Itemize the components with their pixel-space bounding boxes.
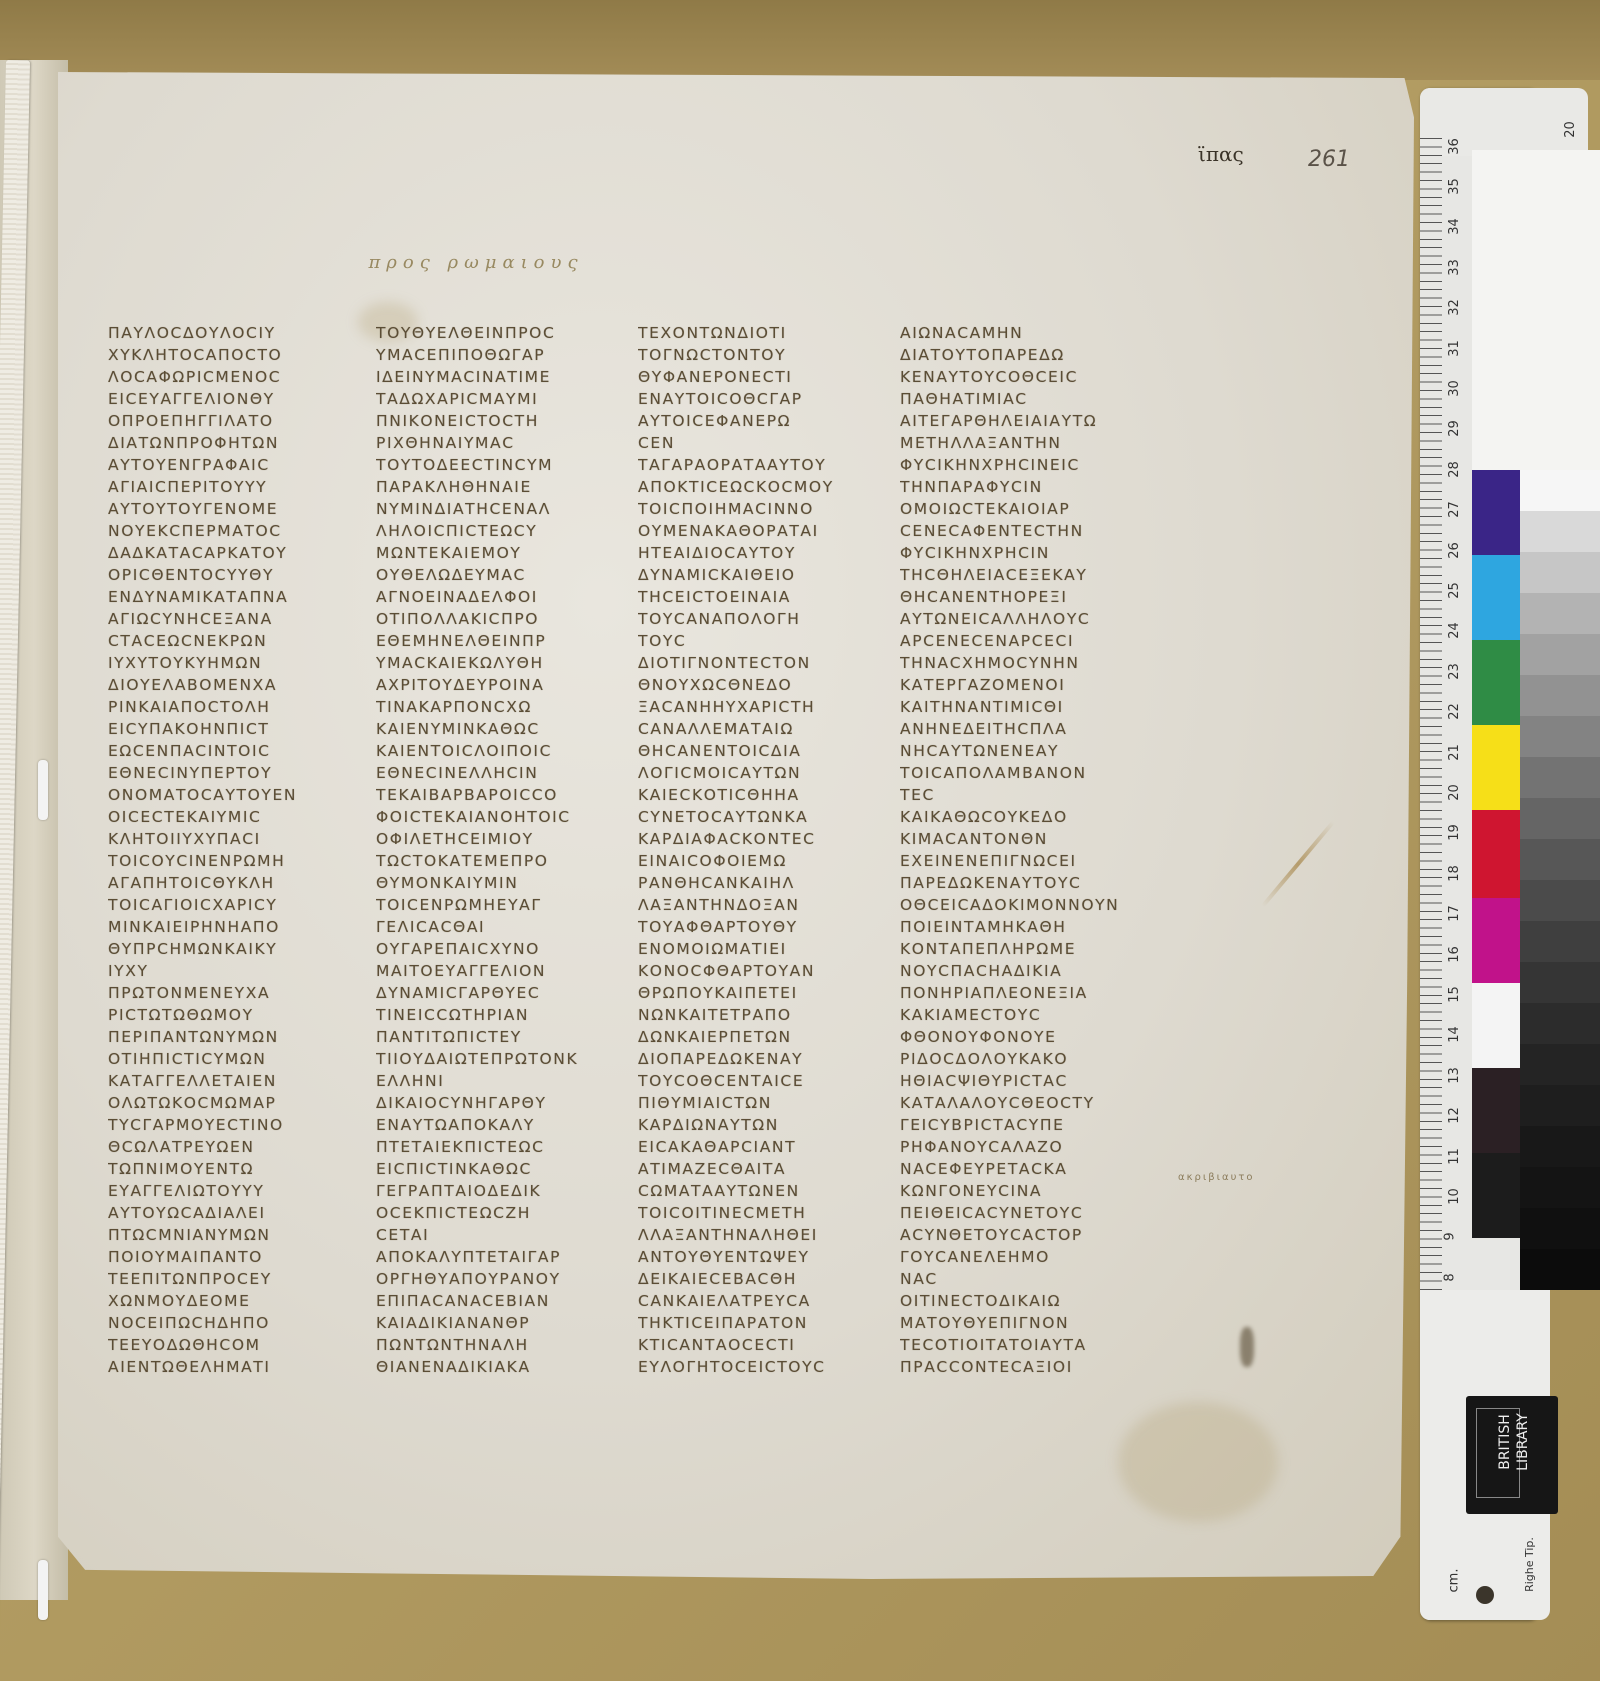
manuscript-line: ΔΙΟΠΑΡΕΔΩΚΕΝΑΥ [638,1048,870,1070]
manuscript-line: ΔΙΑΤΩΝΠΡΟΦΗΤΩΝ [108,432,340,454]
manuscript-line: ΚΑΙΑΔΙΚΙΑΝΑΝΘΡ [376,1312,608,1334]
gray-patch [1520,511,1600,552]
manuscript-leaf: προς ρωμαιους ϊπας 261 ΠΑΥΛΟϹΔΟΥΛΟϹΙΥΧΥΚ… [58,72,1414,1582]
ink-blot [1240,1327,1254,1367]
manuscript-line: ΟΙϹΕϹΤΕΚΑΙΥΜΙϹ [108,806,340,828]
manuscript-line: ϹΑΝΚΑΙΕΛΑΤΡΕΥϹΑ [638,1290,870,1312]
manuscript-line: ΚΑΙΕΝΤΟΙϹΛΟΙΠΟΙϹ [376,740,608,762]
manuscript-line: ΠΟΝΗΡΙΑΠΛΕΟΝΕΞΙΑ [900,982,1132,1004]
gray-patch [1520,757,1600,798]
manuscript-line: ΛΗΛΟΙϹΠΙϹΤΕΩϹΥ [376,520,608,542]
cm-tick-label: 20 [1447,784,1462,801]
cm-tick-label: 29 [1447,421,1462,438]
logo-text: BRITISH LIBRARY [1496,1402,1532,1482]
manuscript-line: ΚΑΤΑΓΓΕΛΛΕΤΑΙΕΝ [108,1070,340,1092]
manuscript-line: ΜΑΙΤΟΕΥΑΓΓΕΛΙΟΝ [376,960,608,982]
manuscript-line: ΚΕΝΑΥΤΟΥϹΟΘϹΕΙϹ [900,366,1132,388]
text-column-1: ΠΑΥΛΟϹΔΟΥΛΟϹΙΥΧΥΚΛΗΤΟϹΑΠΟϹΤΟΛΟϹΑΦΩΡΙϹΜΕΝ… [108,322,340,1378]
text-column-4: ΑΙΩΝΑϹΑΜΗΝΔΙΑΤΟΥΤΟΠΑΡΕΔΩΚΕΝΑΥΤΟΥϹΟΘϹΕΙϹΠ… [900,322,1132,1378]
gray-patch [1520,1167,1600,1208]
manuscript-line: ΡΑΝΘΗϹΑΝΚΑΙΗΛ [638,872,870,894]
ruler-top: 20 [1420,88,1588,156]
manuscript-line: ϹΕΝ [638,432,870,454]
british-library-logo: BRITISH LIBRARY [1466,1396,1558,1514]
manuscript-line: ΚΑΙΤΗΝΑΝΤΙΜΙϹΘΙ [900,696,1132,718]
cm-tick-label: 16 [1447,946,1462,963]
manuscript-line: ΘΥΠΡϹΗΜΩΝΚΑΙΚΥ [108,938,340,960]
manuscript-line: ΤΟΙϹΑΠΟΛΑΜΒΑΝΟΝ [900,762,1132,784]
manuscript-line: ΑΓΙΑΙϹΠΕΡΙΤΟΥΥΥ [108,476,340,498]
manuscript-line: ΠΑΡΕΔΩΚΕΝΑΥΤΟΥϹ [900,872,1132,894]
manuscript-line: ΠΑΝΤΙΤΩΠΙϹΤΕΥ [376,1026,608,1048]
manuscript-line: ΘΗϹΑΝΕΝΤΗΟΡΕΞΙ [900,586,1132,608]
manuscript-line: ΤΟΓΝΩϹΤΟΝΤΟΥ [638,344,870,366]
manuscript-line: ΕΥΛΟΓΗΤΟϹΕΙϹΤΟΥϹ [638,1356,870,1378]
manuscript-line: ΜΑΤΟΥΘΥΕΠΙΓΝΟΝ [900,1312,1132,1334]
crease-mark [1261,821,1335,908]
cm-tick-label: 30 [1447,380,1462,397]
manuscript-line: ΛΟΓΙϹΜΟΙϹΑΥΤΩΝ [638,762,870,784]
manuscript-line: ΕΝΔΥΝΑΜΙΚΑΤΑΠΝΑ [108,586,340,608]
righe-label: Righe Tip. [1523,1537,1536,1592]
manuscript-line: ΜΩΝΤΕΚΑΙΕΜΟΥ [376,542,608,564]
manuscript-line: ΤΗΚΤΙϹΕΙΠΑΡΑΤΟΝ [638,1312,870,1334]
manuscript-line: ΛΛΑΞΑΝΤΗΝΑΛΗΘΕΙ [638,1224,870,1246]
manuscript-line: ΑΠΟΚΑΛΥΠΤΕΤΑΙΓΑΡ [376,1246,608,1268]
manuscript-line: ΑΙΩΝΑϹΑΜΗΝ [900,322,1132,344]
cm-tick-label: 12 [1447,1107,1462,1124]
manuscript-line: ΠΑΡΑΚΛΗΘΗΝΑΙΕ [376,476,608,498]
gray-patch [1520,921,1600,962]
manuscript-line: ΚΑΙΚΑΘΩϹΟΥΚΕΔΟ [900,806,1132,828]
manuscript-line: ΤΙΝΑΚΑΡΠΟΝϹΧΩ [376,696,608,718]
text-column-2: ΤΟΥΘΥΕΛΘΕΙΝΠΡΟϹΥΜΑϹΕΠΙΠΟΘΩΓΑΡΙΔΕΙΝΥΜΑϹΙΝ… [376,322,608,1378]
manuscript-line: ΘΙΑΝΕΝΑΔΙΚΙΑΚΑ [376,1356,608,1378]
manuscript-line: ΡΙϹΤΩΤΩΘΩΜΟΥ [108,1004,340,1026]
manuscript-line: ΝΟϹΕΙΠΩϹΗΔΗΠΟ [108,1312,340,1334]
manuscript-line: ΦΟΙϹΤΕΚΑΙΑΝΟΗΤΟΙϹ [376,806,608,828]
manuscript-line: ΠΕΙΘΕΙϹΑϹΥΝΕΤΟΥϹ [900,1202,1132,1224]
manuscript-line: ΕΠΙΠΑϹΑΝΑϹΕΒΙΑΝ [376,1290,608,1312]
manuscript-line: ΕΛΛΗΝΙ [376,1070,608,1092]
manuscript-line: ΟΙΤΙΝΕϹΤΟΔΙΚΑΙΩ [900,1290,1132,1312]
manuscript-line: ΔΙΑΤΟΥΤΟΠΑΡΕΔΩ [900,344,1132,366]
gray-patch [1520,593,1600,634]
manuscript-line: ΟΝΟΜΑΤΟϹΑΥΤΟΥΕΝ [108,784,340,806]
manuscript-line: ϹΩΜΑΤΑΑΥΤΩΝΕΝ [638,1180,870,1202]
logo-line-library: LIBRARY [1514,1402,1532,1482]
binding-strap [0,60,30,1680]
manuscript-line: ΘΝΟΥΧΩϹΘΝΕΔΟ [638,674,870,696]
manuscript-line: ϹΕΝΕϹΑΦΕΝΤΕϹΤΗΝ [900,520,1132,542]
manuscript-line: ΤΗΝΑϹΧΗΜΟϹΥΝΗΝ [900,652,1132,674]
cm-tick-label: 9 [1443,1233,1458,1241]
manuscript-line: ΡΙΔΟϹΔΟΛΟΥΚΑΚΟ [900,1048,1132,1070]
gray-patch [1520,675,1600,716]
manuscript-line: ΕΥΑΓΓΕΛΙΩΤΟΥΥΥ [108,1180,340,1202]
manuscript-line: ΜΙΝΚΑΙΕΙΡΗΝΗΑΠΟ [108,916,340,938]
cm-tick-label: 15 [1447,986,1462,1003]
manuscript-line: ΝΟΥΕΚϹΠΕΡΜΑΤΟϹ [108,520,340,542]
manuscript-line: ΑΝΗΝΕΔΕΙΤΗϹΠΛΑ [900,718,1132,740]
manuscript-line: ΑΓΙΩϹΥΝΗϹΕΞΑΝΑ [108,608,340,630]
manuscript-line: ΟΤΙΗΠΙϹΤΙϹΥΜΩΝ [108,1048,340,1070]
manuscript-line: ΠΑΥΛΟϹΔΟΥΛΟϹΙΥ [108,322,340,344]
manuscript-line: ΤΕϹΟΤΙΟΙΤΑΤΟΙΑΥΤΑ [900,1334,1132,1356]
manuscript-line: ΠΤΩϹΜΝΙΑΝΥΜΩΝ [108,1224,340,1246]
manuscript-line: ΕΝΑΥΤΟΙϹΟΘϹΓΑΡ [638,388,870,410]
manuscript-line: ϹΤΑϹΕΩϹΝΕΚΡΩΝ [108,630,340,652]
manuscript-line: ΔΙΟΥΕΛΑΒΟΜΕΝΧΑ [108,674,340,696]
manuscript-line: ΤΑΔΩΧΑΡΙϹΜΑΥΜΙ [376,388,608,410]
folio-number: 261 [1308,147,1350,172]
cm-tick-label: 13 [1447,1067,1462,1084]
manuscript-line: ΤΟΥΘΥΕΛΘΕΙΝΠΡΟϹ [376,322,608,344]
logo-line-british: BRITISH [1496,1402,1514,1482]
manuscript-line: ΟΥΓΑΡΕΠΑΙϹΧΥΝΟ [376,938,608,960]
manuscript-line: ΟΡΓΗΘΥΑΠΟΥΡΑΝΟΥ [376,1268,608,1290]
manuscript-line: ΧΩΝΜΟΥΔΕΟΜΕ [108,1290,340,1312]
grayscale-strip [1520,470,1600,1290]
manuscript-line: ΔΙΚΑΙΟϹΥΝΗΓΑΡΘΥ [376,1092,608,1114]
manuscript-line: ΟϹΕΚΠΙϹΤΕΩϹΖΗ [376,1202,608,1224]
gray-patch [1520,716,1600,757]
manuscript-line: ΔΥΝΑΜΙϹΚΑΙΘΕΙΟ [638,564,870,586]
manuscript-line: ΕΝΑΥΤΩΑΠΟΚΑΛΥ [376,1114,608,1136]
manuscript-line: ϹΥΝΕΤΟϹΑΥΤΩΝΚΑ [638,806,870,828]
cm-tick-label: 19 [1447,825,1462,842]
running-title: προς ρωμαιους [368,252,583,273]
manuscript-line: ΚΑΤΕΡΓΑΖΟΜΕΝΟΙ [900,674,1132,696]
manuscript-line: ΑΥΤΟΥΩϹΑΔΙΑΛΕΙ [108,1202,340,1224]
manuscript-line: ΚΤΙϹΑΝΤΑΟϹΕϹΤΙ [638,1334,870,1356]
manuscript-line: ΤΥϹΓΑΡΜΟΥΕϹΤΙΝΟ [108,1114,340,1136]
manuscript-line: ΝΟΥϹΠΑϹΗΑΔΙΚΙΑ [900,960,1132,982]
manuscript-line: ΚΑΡΔΙΑΦΑϹΚΟΝΤΕϹ [638,828,870,850]
manuscript-line: ΤΗϹΘΗΛΕΙΑϹΕΞΕΚΑΥ [900,564,1132,586]
manuscript-line: ΚΛΗΤΟΙΙΥΧΥΠΑϹΙ [108,828,340,850]
manuscript-line: ΦΥϹΙΚΗΝΧΡΗϹΙΝΕΙϹ [900,454,1132,476]
manuscript-line: ΠΝΙΚΟΝΕΙϹΤΟϹΤΗ [376,410,608,432]
gray-patch [1520,1003,1600,1044]
manuscript-line: ΤΕΕΥΟΔΩΘΗϹΟΜ [108,1334,340,1356]
manuscript-line: ΔΕΙΚΑΙΕϹΕΒΑϹΘΗ [638,1268,870,1290]
manuscript-line: ΘΥΦΑΝΕΡΟΝΕϹΤΙ [638,366,870,388]
manuscript-line: ΔΩΝΚΑΙΕΡΠΕΤΩΝ [638,1026,870,1048]
manuscript-line: ΡΙΧΘΗΝΑΙΥΜΑϹ [376,432,608,454]
manuscript-line: ΕΙϹΑΚΑΘΑΡϹΙΑΝΤ [638,1136,870,1158]
manuscript-line: ΠΙΘΥΜΙΑΙϹΤΩΝ [638,1092,870,1114]
manuscript-line: ΦΥϹΙΚΗΝΧΡΗϹΙΝ [900,542,1132,564]
manuscript-line: ΕΝΟΜΟΙΩΜΑΤΙΕΙ [638,938,870,960]
manuscript-line: ΚΟΝΤΑΠΕΠΛΗΡΩΜΕ [900,938,1132,960]
backdrop-top [0,0,1600,80]
manuscript-line: ΕΙΝΑΙϹΟΦΟΙΕΜΩ [638,850,870,872]
manuscript-line: ΕΙϹΥΠΑΚΟΗΝΠΙϹΤ [108,718,340,740]
cm-tick-label: 34 [1447,219,1462,236]
manuscript-line: ΤΩϹΤΟΚΑΤΕΜΕΠΡΟ [376,850,608,872]
gray-patch [1520,1208,1600,1249]
clip-icon [38,760,48,820]
manuscript-line: ΗΘΙΑϹΨΙΘΥΡΙϹΤΑϹ [900,1070,1132,1092]
manuscript-line: ΡΗΦΑΝΟΥϹΑΛΑΖΟ [900,1136,1132,1158]
manuscript-line: ΦΘΟΝΟΥΦΟΝΟΥΕ [900,1026,1132,1048]
manuscript-line: ΠΕΡΙΠΑΝΤΩΝΥΜΩΝ [108,1026,340,1048]
ruler-top-label: 20 [1563,121,1578,138]
manuscript-line: ΕΩϹΕΝΠΑϹΙΝΤΟΙϹ [108,740,340,762]
manuscript-line: ΟΛΩΤΩΚΟϹΜΩΜΑΡ [108,1092,340,1114]
gray-patch [1520,962,1600,1003]
manuscript-line: ΤΟΙϹΟΙΤΙΝΕϹΜΕΤΗ [638,1202,870,1224]
manuscript-line: ΚΑΙΕΝΥΜΙΝΚΑΘΩϹ [376,718,608,740]
manuscript-line: ΤΟΥϹ [638,630,870,652]
manuscript-line: ΟΜΟΙΩϹΤΕΚΑΙΟΙΑΡ [900,498,1132,520]
manuscript-line: ΑΙΕΝΤΩΘΕΛΗΜΑΤΙ [108,1356,340,1378]
manuscript-line: ΕΙϹΠΙϹΤΙΝΚΑΘΩϹ [376,1158,608,1180]
manuscript-line: ΥΜΑϹΚΑΙΕΚΩΛΥΘΗ [376,652,608,674]
manuscript-line: ΛΟϹΑΦΩΡΙϹΜΕΝΟϹ [108,366,340,388]
cm-tick-label: 32 [1447,299,1462,316]
manuscript-line: ΔΥΝΑΜΙϹΓΑΡΘΥΕϹ [376,982,608,1004]
manuscript-line: ϹΕΤΑΙ [376,1224,608,1246]
cm-tick-label: 14 [1447,1027,1462,1044]
cm-tick-label: 36 [1447,138,1462,155]
manuscript-line: ΑΥΤΟΥΤΟΥΓΕΝΟΜΕ [108,498,340,520]
manuscript-line: ΗΤΕΑΙΔΙΟϹΑΥΤΟΥ [638,542,870,564]
manuscript-line: ΔΑΔΚΑΤΑϹΑΡΚΑΤΟΥ [108,542,340,564]
manuscript-line: ΤΟΥϹΑΝΑΠΟΛΟΓΗ [638,608,870,630]
gray-patch [1520,880,1600,921]
manuscript-line: ΑΧΡΙΤΟΥΔΕΥΡΟΙΝΑ [376,674,608,696]
cm-tick-label: 22 [1447,703,1462,720]
quire-mark: ϊπας [1198,142,1244,166]
manuscript-line: ϹΑΝΑΛΛΕΜΑΤΑΙΩ [638,718,870,740]
manuscript-line: ΤΟΥΑΦΘΑΡΤΟΥΘΥ [638,916,870,938]
manuscript-line: ΞΑϹΑΝΗΗΥΧΑΡΙϹΤΗ [638,696,870,718]
manuscript-line: ΑΝΤΟΥΘΥΕΝΤΩΨΕΥ [638,1246,870,1268]
cm-tick-label: 35 [1447,178,1462,195]
manuscript-line: ΝΑϹΕΦΕΥΡΕΤΑϹΚΑ [900,1158,1132,1180]
manuscript-line: ΤΕΧΟΝΤΩΝΔΙΟΤΙ [638,322,870,344]
cm-unit-label: cm. [1446,1569,1461,1593]
manuscript-line: ΓΕΙϹΥΒΡΙϹΤΑϹΥΠΕ [900,1114,1132,1136]
manuscript-line: ΑΥΤΩΝΕΙϹΑΛΛΗΛΟΥϹ [900,608,1132,630]
cm-tick-label: 33 [1447,259,1462,276]
manuscript-line: ΤΙΝΕΙϹϹΩΤΗΡΙΑΝ [376,1004,608,1026]
manuscript-line: ΚΩΝΓΟΝΕΥϹΙΝΑ [900,1180,1132,1202]
manuscript-line: ΙΔΕΙΝΥΜΑϹΙΝΑΤΙΜΕ [376,366,608,388]
manuscript-line: ΤΟΙϹΟΥϹΙΝΕΝΡΩΜΗ [108,850,340,872]
manuscript-line: ΠΩΝΤΩΝΤΗΝΑΛΗ [376,1334,608,1356]
manuscript-line: ΙΥΧΥ [108,960,340,982]
manuscript-line: ΠΤΕΤΑΙΕΚΠΙϹΤΕΩϹ [376,1136,608,1158]
manuscript-line: ΝΑϹ [900,1268,1132,1290]
cm-tick-label: 31 [1447,340,1462,357]
manuscript-line: ΓΟΥϹΑΝΕΛΕΗΜΟ [900,1246,1132,1268]
manuscript-line: ΤΕϹ [900,784,1132,806]
gray-patch [1520,470,1600,511]
manuscript-line: ΤΟΙϹΑΓΙΟΙϹΧΑΡΙϹΥ [108,894,340,916]
manuscript-line: ΟΥΜΕΝΑΚΑΘΟΡΑΤΑΙ [638,520,870,542]
manuscript-line: ΤΟΙϹΕΝΡΩΜΗΕΥΑΓ [376,894,608,916]
manuscript-line: ΑΡϹΕΝΕϹΕΝΑΡϹΕϹΙ [900,630,1132,652]
manuscript-line: ΝΥΜΙΝΔΙΑΤΗϹΕΝΑΛ [376,498,608,520]
page-header: προς ρωμαιους [58,252,1414,273]
manuscript-line: ΕΘΝΕϹΙΝΥΠΕΡΤΟΥ [108,762,340,784]
manuscript-line: ΤΕΕΠΙΤΩΝΠΡΟϹΕΥ [108,1268,340,1290]
manuscript-line: ΕΘΝΕϹΙΝΕΛΛΗϹΙΝ [376,762,608,784]
manuscript-line: ΑΙΤΕΓΑΡΘΗΛΕΙΑΙΑΥΤΩ [900,410,1132,432]
margin-note: ακριβιαυτο [1178,1172,1255,1183]
gray-patch [1520,1126,1600,1167]
manuscript-line: ΤΑΓΑΡΑΟΡΑΤΑΑΥΤΟΥ [638,454,870,476]
manuscript-line: ΤΟΙϹΠΟΙΗΜΑϹΙΝΝΟ [638,498,870,520]
text-column-3: ΤΕΧΟΝΤΩΝΔΙΟΤΙΤΟΓΝΩϹΤΟΝΤΟΥΘΥΦΑΝΕΡΟΝΕϹΤΙΕΝ… [638,322,870,1378]
gray-patch [1520,839,1600,880]
manuscript-line: ΚΑΡΔΙΩΝΑΥΤΩΝ [638,1114,870,1136]
cm-tick-label: 21 [1447,744,1462,761]
manuscript-line: ΟΠΡΟΕΠΗΓΓΙΛΑΤΟ [108,410,340,432]
manuscript-line: ΤΟΥΤΟΔΕΕϹΤΙΝϹΥΜ [376,454,608,476]
cm-tick-label: 25 [1447,582,1462,599]
manuscript-line: ΚΑΙΕϹΚΟΤΙϹΘΗΗΑ [638,784,870,806]
manuscript-line: ΓΕΓΡΑΠΤΑΙΟΔΕΔΙΚ [376,1180,608,1202]
manuscript-line: ΓΕΛΙϹΑϹΘΑΙ [376,916,608,938]
manuscript-line: ΧΥΚΛΗΤΟϹΑΠΟϹΤΟ [108,344,340,366]
cm-tick-label: 11 [1447,1148,1462,1165]
cm-tick-label: 24 [1447,623,1462,640]
ruler-hole [1476,1586,1494,1604]
manuscript-line: ΠΟΙΕΙΝΤΑΜΗΚΑΘΗ [900,916,1132,938]
clip-icon [38,1560,48,1620]
manuscript-line: ΑΠΟΚΤΙϹΕΩϹΚΟϹΜΟΥ [638,476,870,498]
manuscript-line: ΠΡΑϹϹΟΝΤΕϹΑΞΙΟΙ [900,1356,1132,1378]
manuscript-line: ΕΧΕΙΝΕΝΕΠΙΓΝΩϹΕΙ [900,850,1132,872]
cm-tick-label: 17 [1447,905,1462,922]
book-binding [0,60,68,1600]
manuscript-line: ΑΥΤΟΥΕΝΓΡΑΦΑΙϹ [108,454,340,476]
manuscript-line: ΛΑΞΑΝΤΗΝΔΟΞΑΝ [638,894,870,916]
manuscript-line: ΚΑΤΑΛΑΛΟΥϹΘΕΟϹΤΥ [900,1092,1132,1114]
manuscript-line: ΙΥΧΥΤΟΥΚΥΗΜΩΝ [108,652,340,674]
manuscript-line: ΤΟΥϹΟΘϹΕΝΤΑΙϹΕ [638,1070,870,1092]
manuscript-line: ΡΙΝΚΑΙΑΠΟϹΤΟΛΗ [108,696,340,718]
manuscript-line: ΥΜΑϹΕΠΙΠΟΘΩΓΑΡ [376,344,608,366]
manuscript-line: ΑΓΝΟΕΙΝΑΔΕΛΦΟΙ [376,586,608,608]
manuscript-line: ΘΥΜΟΝΚΑΙΥΜΙΝ [376,872,608,894]
manuscript-line: ΟΡΙϹΘΕΝΤΟϹΥΥΘΥ [108,564,340,586]
manuscript-line: ΕΙϹΕΥΑΓΓΕΛΙΟΝΘΥ [108,388,340,410]
gray-patch [1520,1085,1600,1126]
manuscript-line: ΘΗϹΑΝΕΝΤΟΙϹΔΙΑ [638,740,870,762]
manuscript-line: ΘΡΩΠΟΥΚΑΙΠΕΤΕΙ [638,982,870,1004]
manuscript-line: ΑΥΤΟΙϹΕΦΑΝΕΡΩ [638,410,870,432]
gray-patch [1520,1249,1600,1290]
gray-patch [1520,1044,1600,1085]
manuscript-line: ΤΙΙΟΥΔΑΙΩΤΕΠΡΩΤΟΝΚ [376,1048,608,1070]
manuscript-line: ΚΑΚΙΑΜΕϹΤΟΥϹ [900,1004,1132,1026]
manuscript-line: ΠΟΙΟΥΜΑΙΠΑΝΤΟ [108,1246,340,1268]
manuscript-line: ΘϹΩΛΑΤΡΕΥΩΕΝ [108,1136,340,1158]
manuscript-line: ΝΗϹΑΥΤΩΝΕΝΕΑΥ [900,740,1132,762]
cm-tick-label: 10 [1447,1188,1462,1205]
manuscript-line: ΟΦΙΛΕΤΗϹΕΙΜΙΟΥ [376,828,608,850]
manuscript-line: ΟΤΙΠΟΛΛΑΚΙϹΠΡΟ [376,608,608,630]
manuscript-line: ΤΗΝΠΑΡΑΦΥϹΙΝ [900,476,1132,498]
manuscript-line: ΚΙΜΑϹΑΝΤΟΝΘΝ [900,828,1132,850]
manuscript-line: ΑΤΙΜΑΖΕϹΘΑΙΤΑ [638,1158,870,1180]
manuscript-line: ΠΡΩΤΟΝΜΕΝΕΥΧΑ [108,982,340,1004]
cm-tick-label: 27 [1447,501,1462,518]
cm-tick-label: 8 [1443,1273,1458,1281]
manuscript-line: ΤΕΚΑΙΒΑΡΒΑΡΟΙϹϹΟ [376,784,608,806]
manuscript-line: ΑϹΥΝΘΕΤΟΥϹΑϹΤΟΡ [900,1224,1132,1246]
manuscript-line: ΟΘϹΕΙϹΑΔΟΚΙΜΟΝΝΟΥΝ [900,894,1132,916]
stain [1118,1402,1278,1522]
manuscript-line: ΤΩΠΝΙΜΟΥΕΝΤΩ [108,1158,340,1180]
manuscript-line: ΠΑΘΗΑΤΙΜΙΑϹ [900,388,1132,410]
cm-tick-label: 28 [1447,461,1462,478]
manuscript-line: ΤΗϹΕΙϹΤΟΕΙΝΑΙΑ [638,586,870,608]
gray-patch [1520,552,1600,593]
manuscript-line: ΑΓΑΠΗΤΟΙϹΘΥΚΛΗ [108,872,340,894]
manuscript-line: ΚΟΝΟϹΦΘΑΡΤΟΥΑΝ [638,960,870,982]
gray-patch [1520,798,1600,839]
cm-tick-label: 18 [1447,865,1462,882]
cm-tick-label: 26 [1447,542,1462,559]
manuscript-line: ΟΥΘΕΛΩΔΕΥΜΑϹ [376,564,608,586]
manuscript-line: ΔΙΟΤΙΓΝΟΝΤΕϹΤΟΝ [638,652,870,674]
manuscript-line: ΝΩΝΚΑΙΤΕΤΡΑΠΟ [638,1004,870,1026]
gray-patch [1520,634,1600,675]
manuscript-line: ΕΘΕΜΗΝΕΛΘΕΙΝΠΡ [376,630,608,652]
manuscript-line: ΜΕΤΗΛΛΑΞΑΝΤΗΝ [900,432,1132,454]
cm-tick-label: 23 [1447,663,1462,680]
